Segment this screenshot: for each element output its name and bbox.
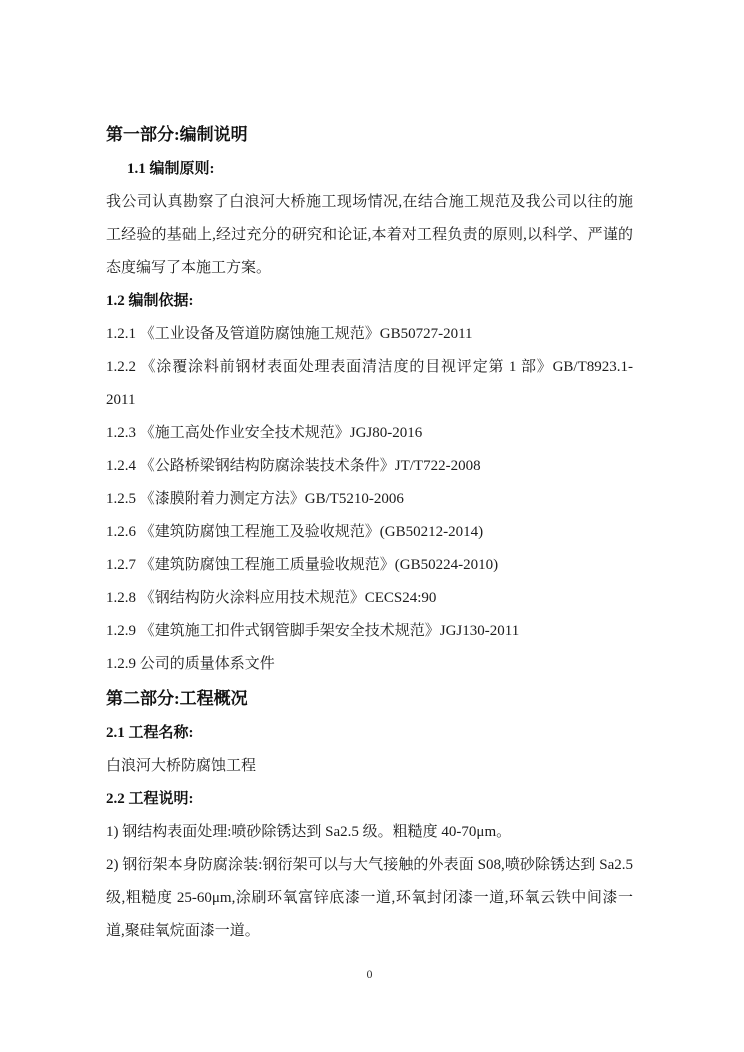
document-page: 第一部分:编制说明 1.1 编制原则: 我公司认真勘察了白浪河大桥施工现场情况,… [0, 0, 744, 1052]
reference-item-quality-docs: 1.2.9 公司的质量体系文件 [106, 648, 633, 681]
section-1-2-heading: 1.2 编制依据: [106, 285, 633, 318]
part1-heading: 第一部分:编制说明 [106, 117, 633, 153]
project-note-item-2: 2) 钢衍架本身防腐涂装:钢衍架可以与大气接触的外表面 S08,喷砂除锈达到 S… [106, 849, 633, 948]
reference-item-1-2-5: 1.2.5 《漆膜附着力测定方法》GB/T5210-2006 [106, 483, 633, 516]
project-note-item-1: 1) 钢结构表面处理:喷砂除锈达到 Sa2.5 级。粗糙度 40-70μm。 [106, 816, 633, 849]
reference-item-1-2-6: 1.2.6 《建筑防腐蚀工程施工及验收规范》(GB50212-2014) [106, 516, 633, 549]
reference-item-1-2-2: 1.2.2 《涂覆涂料前钢材表面处理表面清洁度的目视评定第 1 部》GB/T89… [106, 351, 633, 417]
reference-item-1-2-7: 1.2.7 《建筑防腐蚀工程施工质量验收规范》(GB50224-2010) [106, 549, 633, 582]
section-1-1-heading: 1.1 编制原则: [106, 153, 633, 186]
section-2-2-heading: 2.2 工程说明: [106, 783, 633, 816]
page-number: 0 [106, 964, 633, 984]
reference-item-1-2-1: 1.2.1 《工业设备及管道防腐蚀施工规范》GB50727-2011 [106, 318, 633, 351]
part2-heading: 第二部分:工程概况 [106, 681, 633, 717]
section-2-1-heading: 2.1 工程名称: [106, 717, 633, 750]
reference-item-1-2-3: 1.2.3 《施工高处作业安全技术规范》JGJ80-2016 [106, 417, 633, 450]
reference-item-1-2-4: 1.2.4 《公路桥梁钢结构防腐涂装技术条件》JT/T722-2008 [106, 450, 633, 483]
reference-item-1-2-9: 1.2.9 《建筑施工扣件式钢管脚手架安全技术规范》JGJ130-2011 [106, 615, 633, 648]
reference-item-1-2-8: 1.2.8 《钢结构防火涂料应用技术规范》CECS24:90 [106, 582, 633, 615]
project-name-text: 白浪河大桥防腐蚀工程 [106, 750, 633, 783]
section-1-1-paragraph: 我公司认真勘察了白浪河大桥施工现场情况,在结合施工规范及我公司以往的施工经验的基… [106, 186, 633, 285]
